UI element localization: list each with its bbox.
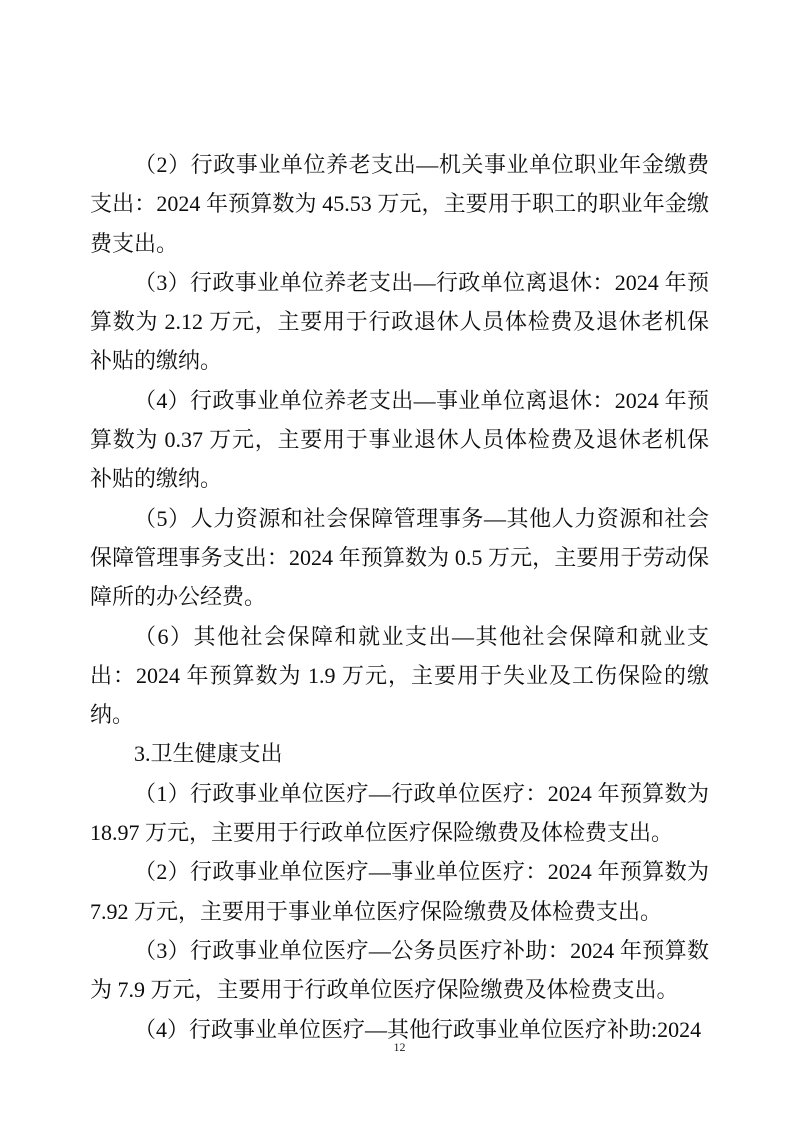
- paragraph-medical-civil-servant-subsidy: （3）行政事业单位医疗—公务员医疗补助：2024 年预算数为 7.9 万元，主要…: [90, 931, 709, 1010]
- paragraph-medical-institution-unit: （2）行政事业单位医疗—事业单位医疗：2024 年预算数为 7.92 万元，主要…: [90, 852, 709, 931]
- paragraph-pension-institution-retired: （4）行政事业单位养老支出—事业单位离退休：2024 年预算数为 0.37 万元…: [90, 381, 709, 499]
- paragraph-hr-social-security: （5）人力资源和社会保障管理事务—其他人力资源和社会保障管理事务支出：2024 …: [90, 499, 709, 617]
- document-body: （2）行政事业单位养老支出—机关事业单位职业年金缴费支出：2024 年预算数为 …: [90, 145, 709, 1049]
- page-footer: 12: [90, 1039, 709, 1055]
- section-heading-health-expenditure: 3.卫生健康支出: [90, 734, 709, 773]
- paragraph-other-social-security: （6）其他社会保障和就业支出—其他社会保障和就业支出：2024 年预算数为 1.…: [90, 617, 709, 735]
- page-number: 12: [394, 1040, 406, 1054]
- paragraph-pension-annuity: （2）行政事业单位养老支出—机关事业单位职业年金缴费支出：2024 年预算数为 …: [90, 145, 709, 263]
- document-page: （2）行政事业单位养老支出—机关事业单位职业年金缴费支出：2024 年预算数为 …: [0, 0, 793, 1122]
- paragraph-pension-admin-retired: （3）行政事业单位养老支出—行政单位离退休：2024 年预算数为 2.12 万元…: [90, 263, 709, 381]
- paragraph-medical-admin-unit: （1）行政事业单位医疗—行政单位医疗：2024 年预算数为 18.97 万元，主…: [90, 774, 709, 853]
